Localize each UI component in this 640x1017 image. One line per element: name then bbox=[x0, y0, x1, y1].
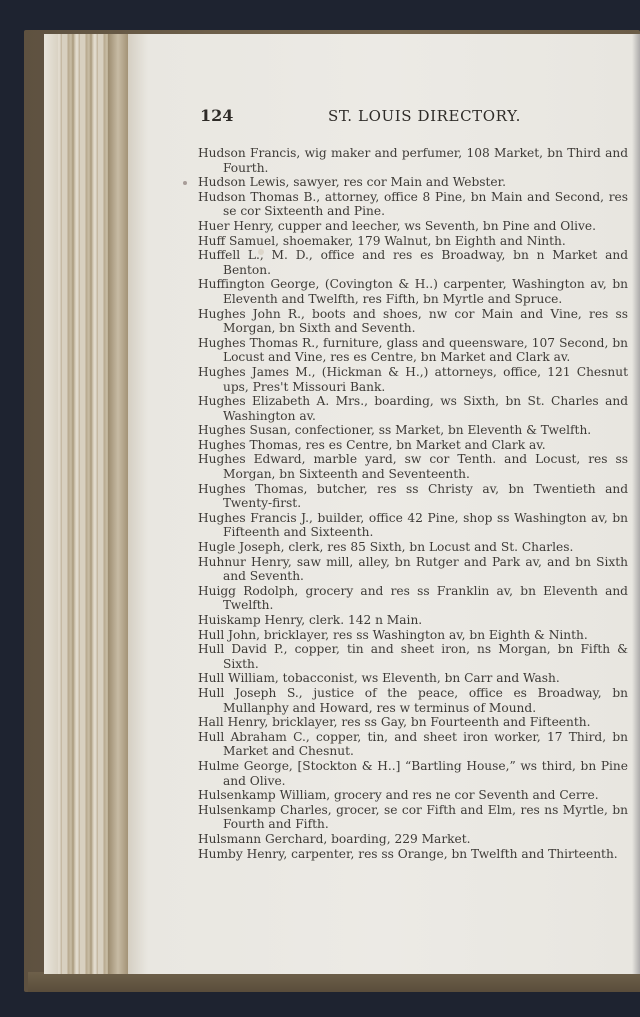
directory-entry: Hudson Francis, wig maker and perfumer, … bbox=[198, 146, 628, 175]
directory-entry: Hughes Susan, confectioner, ss Market, b… bbox=[198, 423, 628, 438]
page-edge-dark bbox=[108, 34, 128, 974]
page-number: 124 bbox=[200, 106, 230, 125]
directory-entry: Hughes Francis J., builder, office 42 Pi… bbox=[198, 511, 628, 540]
directory-entry: Huigg Rodolph, grocery and res ss Frankl… bbox=[198, 584, 628, 613]
directory-entry: Hughes Thomas, res es Centre, bn Market … bbox=[198, 438, 628, 453]
directory-entry: Hulsmann Gerchard, boarding, 229 Market. bbox=[198, 832, 628, 847]
page-edge-light bbox=[44, 34, 58, 974]
directory-entry: Huhnur Henry, saw mill, alley, bn Rutger… bbox=[198, 555, 628, 584]
photo-scene: 124 ST. LOUIS DIRECTORY. Hudson Francis,… bbox=[0, 0, 640, 1017]
directory-entry: Hall Henry, bricklayer, res ss Gay, bn F… bbox=[198, 715, 628, 730]
page-header: 124 ST. LOUIS DIRECTORY. bbox=[198, 106, 628, 134]
ink-smudge bbox=[183, 181, 187, 185]
directory-entry: Hugle Joseph, clerk, res 85 Sixth, bn Lo… bbox=[198, 540, 628, 555]
directory-entry: Hulme George, [Stockton & H..] “Bartling… bbox=[198, 759, 628, 788]
directory-entry: Hull Joseph S., justice of the peace, of… bbox=[198, 686, 628, 715]
directory-entry: Hughes Thomas R., furniture, glass and q… bbox=[198, 336, 628, 365]
directory-entry: Huffell L., M. D., office and res es Bro… bbox=[198, 248, 628, 277]
directory-entry: Hughes Edward, marble yard, sw cor Tenth… bbox=[198, 452, 628, 481]
directory-entry: Huffington George, (Covington & H..) car… bbox=[198, 277, 628, 306]
directory-entry: Huff Samuel, shoemaker, 179 Walnut, bn E… bbox=[198, 234, 628, 249]
directory-entry: Hull David P., copper, tin and sheet iro… bbox=[198, 642, 628, 671]
directory-entry: Huiskamp Henry, clerk. 142 n Main. bbox=[198, 613, 628, 628]
directory-entries: Hudson Francis, wig maker and perfumer, … bbox=[198, 146, 628, 861]
running-title: ST. LOUIS DIRECTORY. bbox=[328, 107, 521, 125]
directory-entry: Hudson Lewis, sawyer, res cor Main and W… bbox=[198, 175, 628, 190]
directory-entry: Hulsenkamp Charles, grocer, se cor Fifth… bbox=[198, 803, 628, 832]
directory-entry: Hull John, bricklayer, res ss Washington… bbox=[198, 628, 628, 643]
directory-entry: Hull Abraham C., copper, tin, and sheet … bbox=[198, 730, 628, 759]
directory-entry: Hughes John R., boots and shoes, nw cor … bbox=[198, 307, 628, 336]
directory-entry: Huer Henry, cupper and leecher, ws Seven… bbox=[198, 219, 628, 234]
directory-entry: Hughes Elizabeth A. Mrs., boarding, ws S… bbox=[198, 394, 628, 423]
directory-entry: Hughes James M., (Hickman & H.,) attorne… bbox=[198, 365, 628, 394]
directory-entry: Humby Henry, carpenter, res ss Orange, b… bbox=[198, 847, 628, 862]
directory-entry: Hulsenkamp William, grocery and res ne c… bbox=[198, 788, 628, 803]
page-right-shadow bbox=[632, 34, 640, 974]
directory-entry: Hudson Thomas B., attorney, office 8 Pin… bbox=[198, 190, 628, 219]
directory-entry: Hull William, tobacconist, ws Eleventh, … bbox=[198, 671, 628, 686]
book-page: 124 ST. LOUIS DIRECTORY. Hudson Francis,… bbox=[128, 34, 640, 974]
page-content: 124 ST. LOUIS DIRECTORY. Hudson Francis,… bbox=[198, 106, 628, 861]
book-cover-bottom-edge bbox=[28, 972, 640, 992]
directory-entry: Hughes Thomas, butcher, res ss Christy a… bbox=[198, 482, 628, 511]
